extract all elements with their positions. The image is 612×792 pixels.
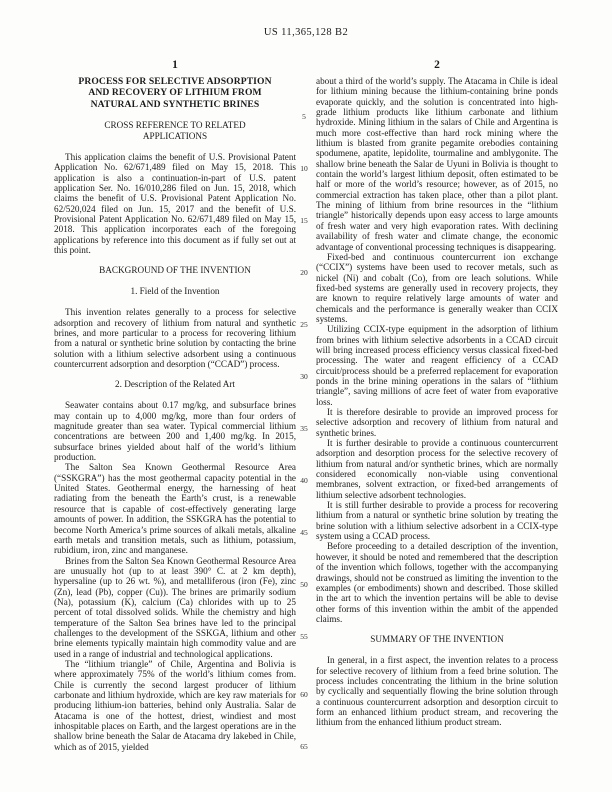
patent-title: PROCESS FOR SELECTIVE ADSORPTION AND REC… xyxy=(54,76,296,110)
paragraph-atacama: about a third of the world’s supply. The… xyxy=(316,76,558,252)
subheading-field-of-invention: 1. Field of the Invention xyxy=(54,286,296,297)
publication-number: US 11,365,128 B2 xyxy=(0,27,612,38)
paragraph-lithium-triangle: The “lithium triangle” of Chile, Argenti… xyxy=(54,659,296,752)
gutter-line-number: 5 xyxy=(293,112,315,121)
column-1-number: 1 xyxy=(54,59,296,71)
paragraph-desirable-continuous: It is further desirable to provide a con… xyxy=(316,438,558,500)
gutter-line-number: 20 xyxy=(293,268,315,277)
gutter-line-number: 15 xyxy=(293,216,315,225)
paragraph-in-general: In general, in a first aspect, the inven… xyxy=(316,655,558,727)
gutter-line-number: 40 xyxy=(293,476,315,485)
paragraph-salton-sea: The Salton Sea Known Geothermal Resource… xyxy=(54,462,296,555)
gutter-line-number: 60 xyxy=(293,690,315,699)
gutter-line-number: 50 xyxy=(293,580,315,589)
heading-cross-reference: CROSS REFERENCE TO RELATED APPLICATIONS xyxy=(54,120,296,142)
paragraph-desirable-improved: It is therefore desirable to provide an … xyxy=(316,407,558,438)
column-2: 2 about a third of the world’s supply. T… xyxy=(316,59,558,752)
text-columns: 1 PROCESS FOR SELECTIVE ADSORPTION AND R… xyxy=(54,59,558,752)
gutter-line-number: 30 xyxy=(293,372,315,381)
patent-page: US 11,365,128 B2 1 PROCESS FOR SELECTIVE… xyxy=(0,0,612,792)
paragraph-before-proceeding: Before proceeding to a detailed descript… xyxy=(316,541,558,624)
paragraph-desirable-recovering: It is still further desirable to provide… xyxy=(316,500,558,541)
paragraph-fixed-bed: Fixed-bed and continuous countercurrent … xyxy=(316,252,558,324)
paragraph-utilizing-ccix: Utilizing CCIX-type equipment in the ads… xyxy=(316,324,558,407)
paragraph-field-of-invention: This invention relates generally to a pr… xyxy=(54,307,296,369)
gutter-line-number: 55 xyxy=(293,632,315,641)
gutter-line-number: 10 xyxy=(293,164,315,173)
gutter-line-number: 65 xyxy=(293,742,315,751)
gutter-line-number: 25 xyxy=(293,320,315,329)
column-1: 1 PROCESS FOR SELECTIVE ADSORPTION AND R… xyxy=(54,59,296,752)
column-2-number: 2 xyxy=(316,59,558,71)
paragraph-seawater: Seawater contains about 0.17 mg/kg, and … xyxy=(54,400,296,462)
gutter-line-number: 45 xyxy=(293,528,315,537)
paragraph-priority-claims: This application claims the benefit of U… xyxy=(54,152,296,255)
subheading-related-art: 2. Description of the Related Art xyxy=(54,379,296,390)
gutter-line-number: 35 xyxy=(293,424,315,433)
paragraph-brines: Brines from the Salton Sea Known Geother… xyxy=(54,556,296,659)
heading-background: BACKGROUND OF THE INVENTION xyxy=(54,265,296,276)
heading-summary: SUMMARY OF THE INVENTION xyxy=(316,634,558,645)
